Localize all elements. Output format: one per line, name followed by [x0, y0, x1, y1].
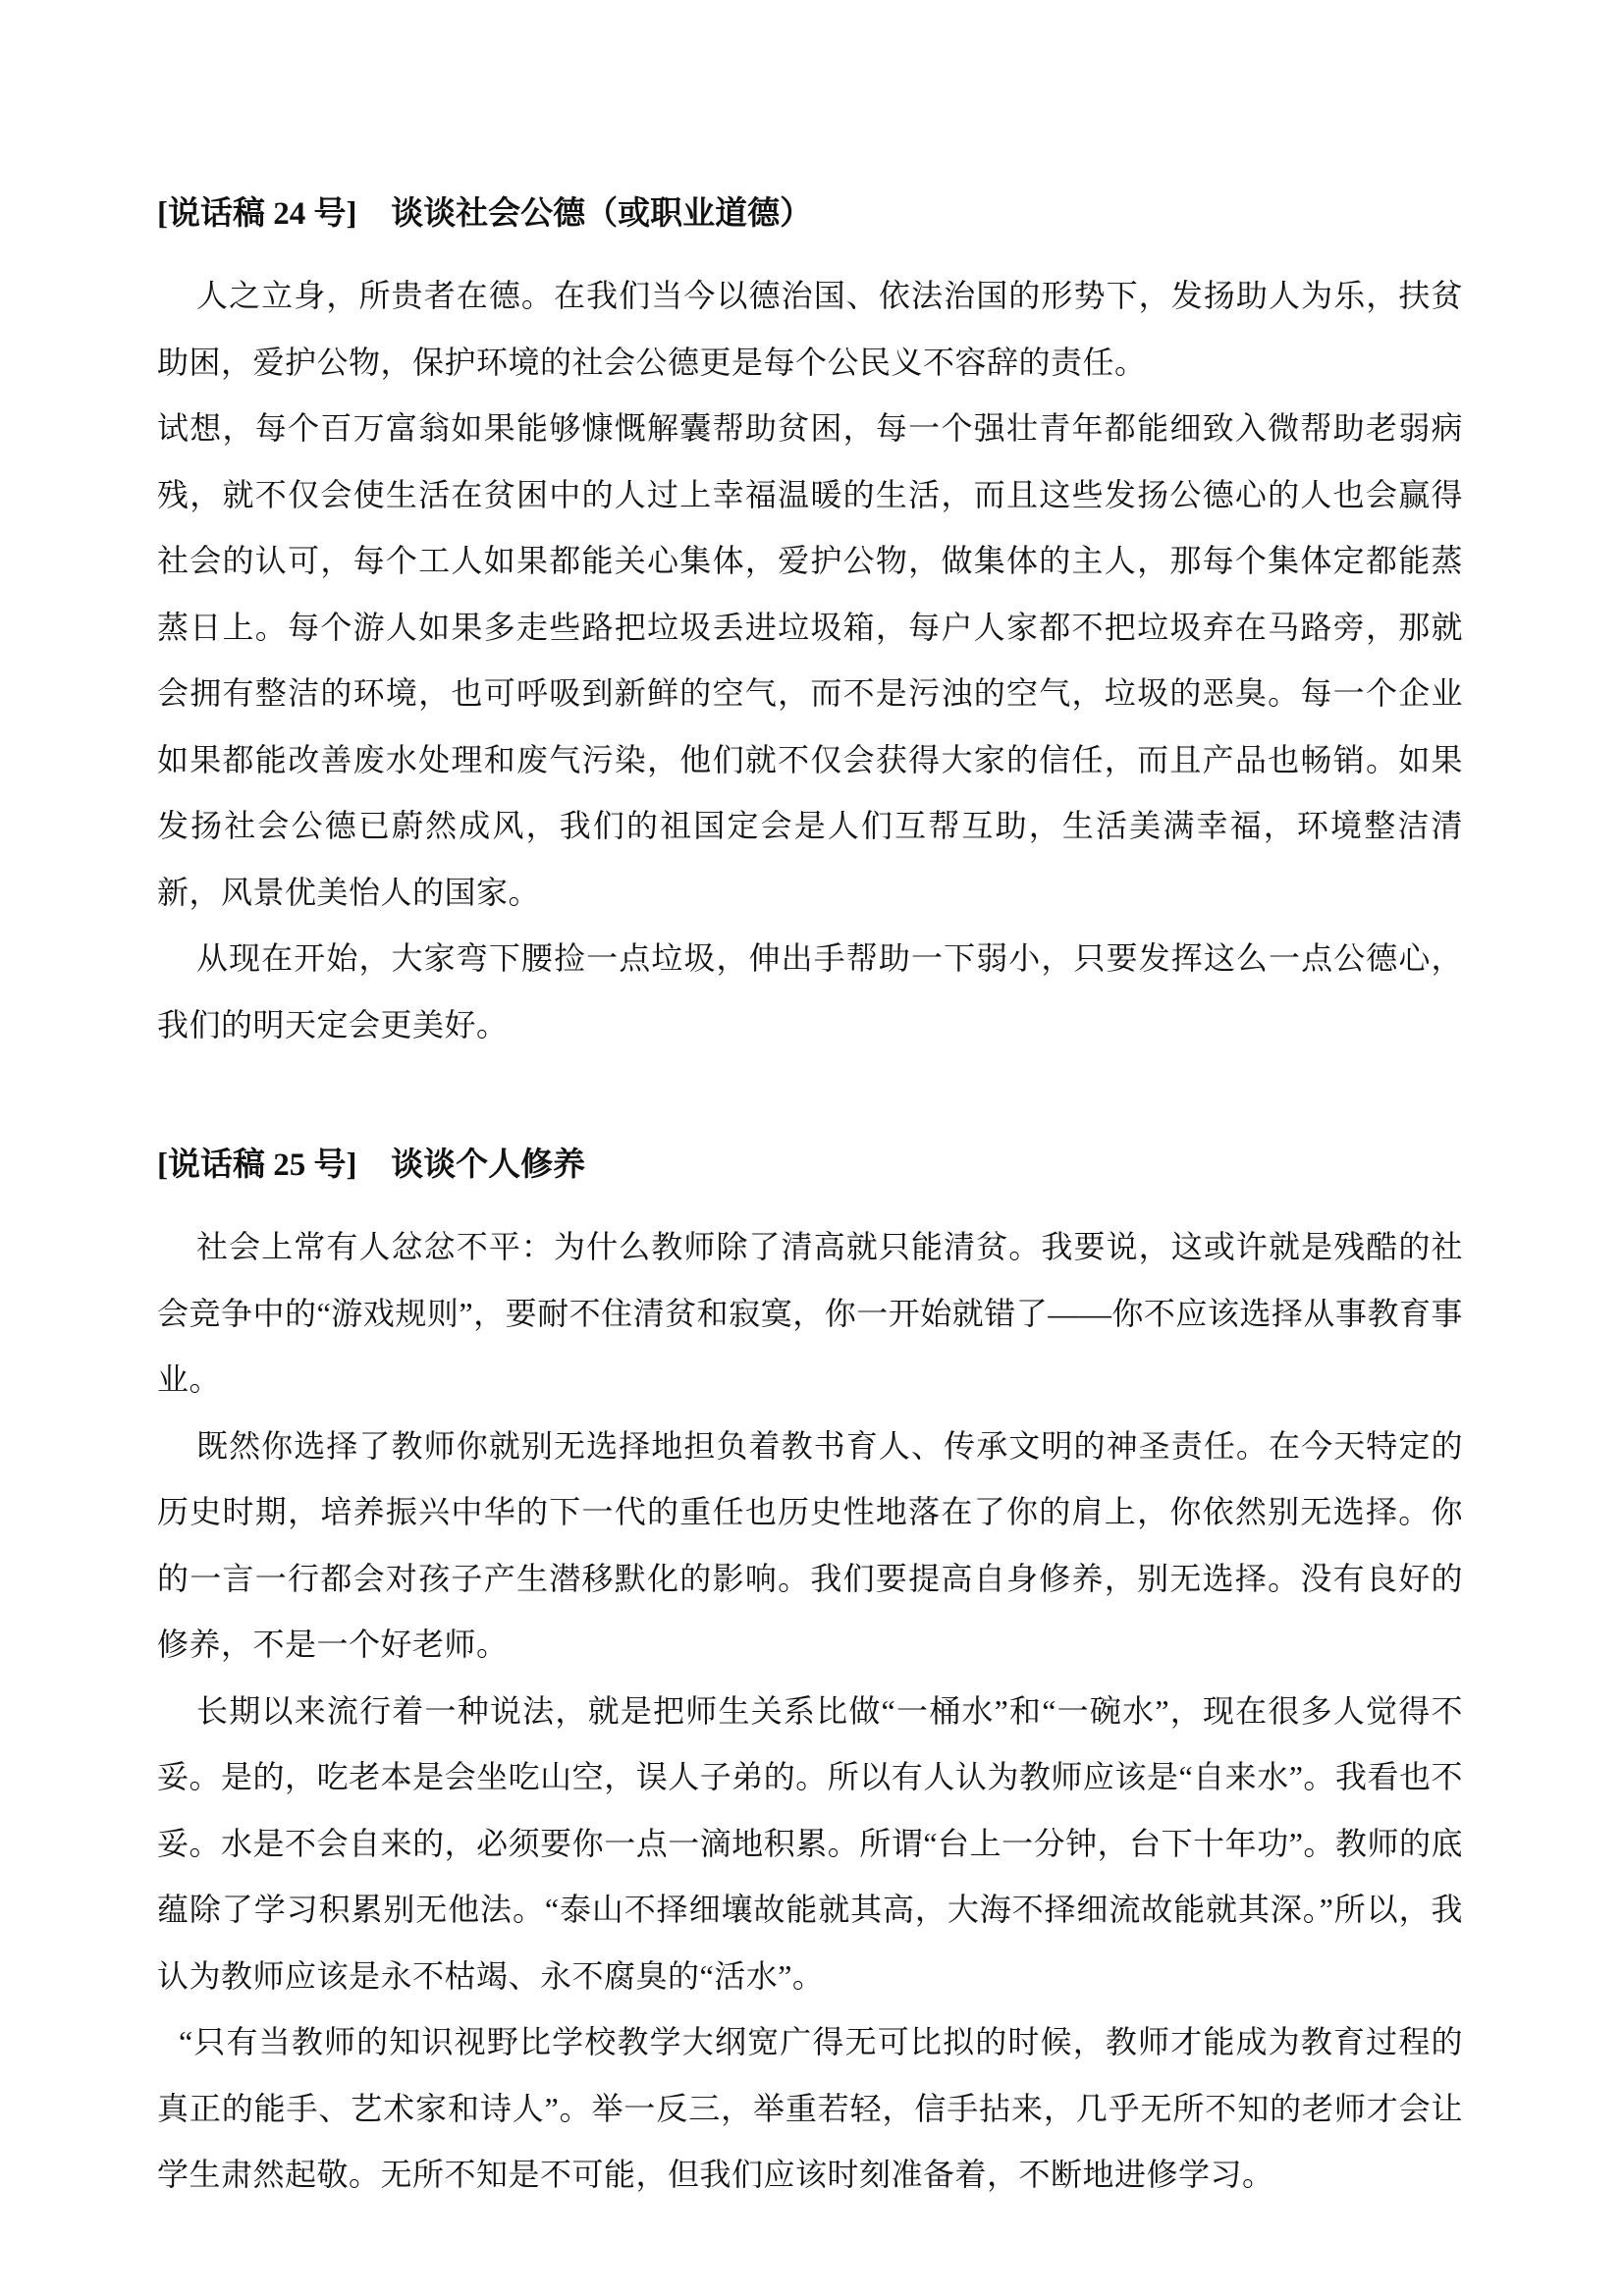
section-24-heading: 谈谈社会公德（或职业道德） [391, 196, 812, 232]
section-25-paragraph-1: 社会上常有人忿忿不平：为什么教师除了清高就只能清贫。我要说，这或许就是残酷的社会… [157, 1214, 1463, 1414]
section-25-label: [说话稿 25 号] [157, 1148, 356, 1183]
document-page: [说话稿 24 号]谈谈社会公德（或职业道德） 人之立身，所贵者在德。在我们当今… [0, 0, 1624, 2296]
section-24: [说话稿 24 号]谈谈社会公德（或职业道德） 人之立身，所贵者在德。在我们当今… [157, 182, 1463, 1058]
section-25-paragraph-3: 长期以来流行着一种说法，就是把师生关系比做“一桶水”和“一碗水”，现在很多人觉得… [157, 1679, 1463, 2010]
section-24-label: [说话稿 24 号] [157, 196, 356, 232]
section-25: [说话稿 25 号]谈谈个人修养 社会上常有人忿忿不平：为什么教师除了清高就只能… [157, 1133, 1463, 2209]
section-24-title: [说话稿 24 号]谈谈社会公德（或职业道德） [157, 182, 1463, 247]
section-25-heading: 谈谈个人修养 [391, 1148, 585, 1183]
section-25-title: [说话稿 25 号]谈谈个人修养 [157, 1133, 1463, 1199]
section-24-paragraph-3: 从现在开始，大家弯下腰捡一点垃圾，伸出手帮助一下弱小，只要发挥这么一点公德心，我… [157, 926, 1463, 1058]
section-24-paragraph-2: 试想，每个百万富翁如果能够慷慨解囊帮助贫困，每一个强壮青年都能细致入微帮助老弱病… [157, 396, 1463, 926]
section-25-paragraph-2: 既然你选择了教师你就别无选择地担负着教书育人、传承文明的神圣责任。在今天特定的历… [157, 1414, 1463, 1679]
section-24-paragraph-1: 人之立身，所贵者在德。在我们当今以德治国、依法治国的形势下，发扬助人为乐，扶贫助… [157, 263, 1463, 396]
section-25-paragraph-4: “只有当教师的知识视野比学校教学大纲宽广得无可比拟的时候，教师才能成为教育过程的… [157, 2009, 1463, 2209]
